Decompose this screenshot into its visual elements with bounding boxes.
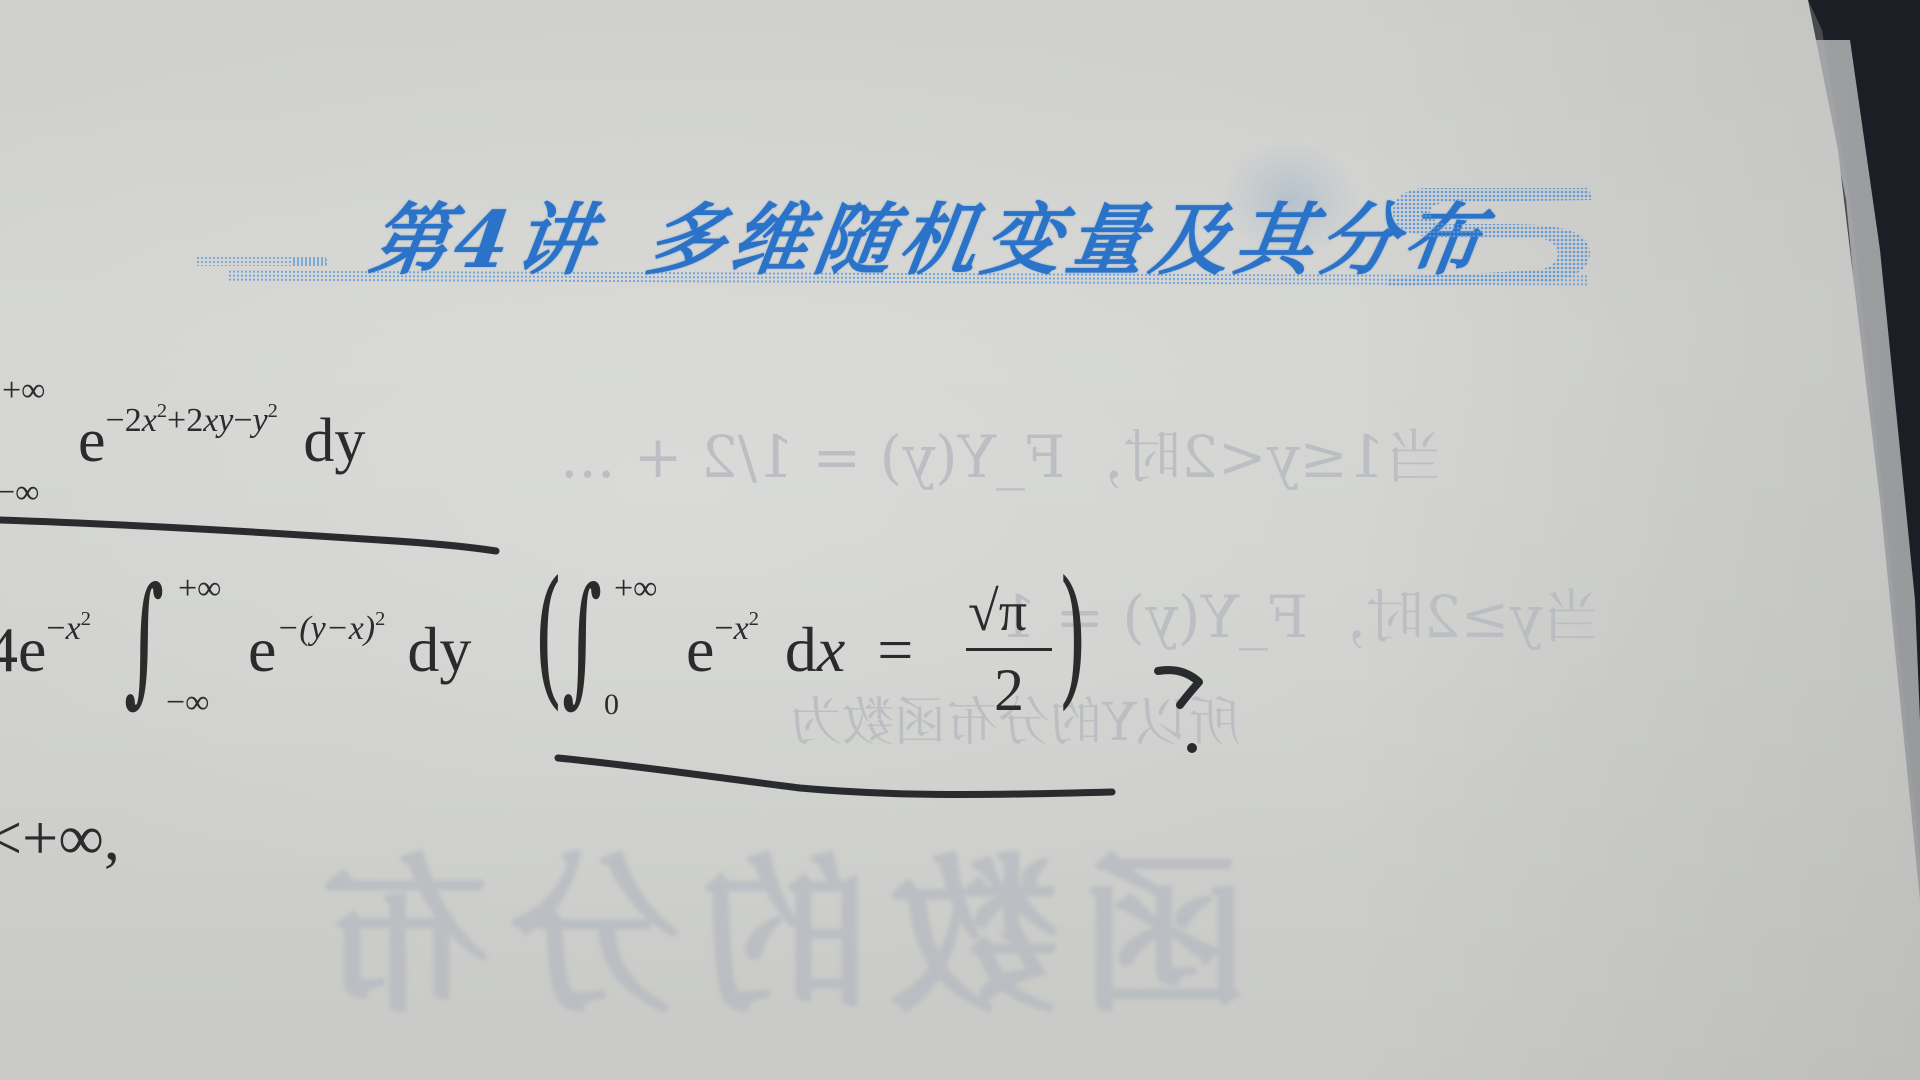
line1-integrand: e−2x2+2xy−y2 dy bbox=[78, 410, 365, 472]
integral-sign-1: ∫ bbox=[124, 570, 164, 710]
line1-exponent: −2x2+2xy−y2 bbox=[106, 402, 278, 439]
photo-scene: 当1≤y<2时，F_Y(y) = 1/2 + ... 当y≥2时，F_Y(y) … bbox=[0, 0, 1920, 1080]
bleed-through-heading: 函数的分布 bbox=[300, 800, 1250, 1045]
line1-lower-limit: −∞ bbox=[0, 476, 39, 510]
bleed-through-line-b: 当y≥2时，F_Y(y) = 1 bbox=[1000, 570, 1600, 654]
integral-sign-2: ∫ bbox=[562, 570, 602, 710]
chapter-title: 多维随机变量及其分布 bbox=[641, 195, 1494, 286]
line2-integral1-lower: −∞ bbox=[166, 686, 209, 720]
chapter-number: 第4讲 bbox=[365, 195, 606, 286]
textbook-page: 当1≤y<2时，F_Y(y) = 1/2 + ... 当y≥2时，F_Y(y) … bbox=[0, 0, 1920, 1080]
line1-differential: dy bbox=[303, 407, 365, 475]
fraction-denominator: 2 bbox=[994, 660, 1024, 720]
line2-integrand2: e−x2 dx = bbox=[686, 618, 913, 682]
line2-integral1-upper: +∞ bbox=[178, 572, 221, 606]
equals-sign: = bbox=[877, 614, 913, 685]
line2-coefficient: 4e−x2 bbox=[0, 618, 91, 682]
line1-upper-limit: +∞ bbox=[2, 374, 45, 408]
fraction-bar bbox=[966, 648, 1052, 651]
chapter-heading: 第4讲多维随机变量及其分布 bbox=[364, 178, 1496, 290]
line2-integral2-lower: 0 bbox=[604, 690, 619, 720]
line2-differential1: dy bbox=[407, 614, 471, 685]
close-paren: ) bbox=[1058, 562, 1087, 712]
bleed-through-line-a: 当1≤y<2时，F_Y(y) = 1/2 + ... bbox=[560, 410, 1443, 494]
line2-integral2-upper: +∞ bbox=[614, 572, 657, 606]
header-rule-dash-2 bbox=[292, 258, 328, 266]
line2-integrand1: e−(y−x)2 dy bbox=[248, 618, 471, 682]
line3-text: <+∞, bbox=[0, 806, 120, 870]
open-paren: ( bbox=[534, 562, 563, 712]
chapter-s-logo-icon bbox=[1388, 178, 1598, 290]
fraction-numerator: √π bbox=[968, 584, 1027, 640]
line1-base: e bbox=[78, 407, 106, 475]
